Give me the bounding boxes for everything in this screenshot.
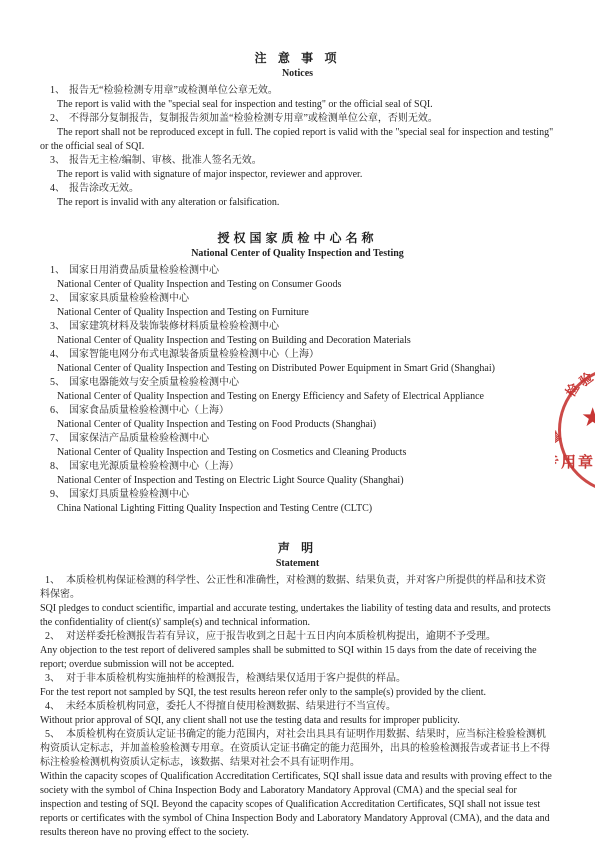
- center-item-zh: 9、国家灯具质量检验检测中心: [40, 488, 555, 502]
- statement-title-zh: 声 明: [40, 540, 555, 556]
- item-number: 4、: [45, 701, 60, 712]
- item-text-zh: 国家食品质量检验检测中心（上海）: [69, 405, 229, 416]
- center-item-zh: 2、国家家具质量检验检测中心: [40, 292, 555, 306]
- item-text-zh: 国家日用消费品质量检验检测中心: [69, 265, 219, 276]
- statement-item-en: Within the capacity scopes of Qualificat…: [40, 770, 555, 840]
- center-item-zh: 3、国家建筑材料及装饰装修材料质量检验检测中心: [40, 320, 555, 334]
- item-number: 2、: [50, 113, 65, 124]
- statement-section: 声 明 Statement 1、本质检机构保证检测的科学性、公正性和准确性，对检…: [40, 540, 555, 840]
- statement-item: 4、未经本质检机构同意，委托人不得擅自使用检测数据、结果进行不当宣传。 With…: [40, 700, 555, 728]
- report-notice-page: 注 意 事 项 Notices 1、报告无“检验检测专用章”或检测单位公章无效。…: [0, 0, 595, 840]
- center-item: 6、国家食品质量检验检测中心（上海） National Center of Qu…: [40, 404, 555, 432]
- item-text-zh: 国家建筑材料及装饰装修材料质量检验检测中心: [69, 321, 279, 332]
- notice-item-en: The report shall not be reproduced excep…: [40, 126, 555, 154]
- item-number: 2、: [50, 293, 65, 304]
- item-text-zh: 国家电光源质量检验检测中心（上海）: [69, 461, 239, 472]
- item-number: 1、: [50, 85, 65, 96]
- item-text-zh: 国家家具质量检验检测中心: [69, 293, 189, 304]
- center-item: 7、国家保洁产品质量检验检测中心 National Center of Qual…: [40, 432, 555, 460]
- item-number: 8、: [50, 461, 65, 472]
- item-text-zh: 国家电器能效与安全质量检验检测中心: [69, 377, 239, 388]
- item-text-zh: 未经本质检机构同意，委托人不得擅自使用检测数据、结果进行不当宣传。: [66, 701, 396, 712]
- centers-title-zh: 授权国家质检中心名称: [40, 230, 555, 246]
- item-number: 4、: [50, 349, 65, 360]
- item-text-zh: 对于非本质检机构实施抽样的检测报告，检测结果仅适用于客户提供的样品。: [66, 673, 406, 684]
- statement-item-zh: 3、对于非本质检机构实施抽样的检测报告，检测结果仅适用于客户提供的样品。: [40, 672, 555, 686]
- notice-item: 3、报告无主检/编制、审核、批准人签名无效。 The report is val…: [40, 154, 555, 182]
- item-text-zh: 本质检机构保证检测的科学性、公正性和准确性，对检测的数据、结果负责，并对客户所提…: [40, 575, 546, 600]
- center-item: 3、国家建筑材料及装饰装修材料质量检验检测中心 National Center …: [40, 320, 555, 348]
- statement-item-en: Any objection to the test report of deli…: [40, 644, 555, 672]
- item-text-zh: 国家保洁产品质量检验检测中心: [69, 433, 209, 444]
- statement-item-en: SQI pledges to conduct scientific, impar…: [40, 602, 555, 630]
- center-item-en: National Center of Quality Inspection an…: [40, 418, 555, 432]
- center-item: 9、国家灯具质量检验检测中心 China National Lighting F…: [40, 488, 555, 516]
- notice-item-zh: 2、不得部分复制报告，复制报告须加盖“检验检测专用章”或检测单位公章，否则无效。: [40, 112, 555, 126]
- item-number: 7、: [50, 433, 65, 444]
- item-number: 6、: [50, 405, 65, 416]
- item-text-zh: 本质检机构在资质认定证书确定的能力范围内，对社会出具具有证明作用数据、结果时，应…: [40, 729, 550, 768]
- center-item-zh: 1、国家日用消费品质量检验检测中心: [40, 264, 555, 278]
- center-item-en: China National Lighting Fitting Quality …: [40, 502, 555, 516]
- center-item: 2、国家家具质量检验检测中心 National Center of Qualit…: [40, 292, 555, 320]
- center-item-en: National Center of Inspection and Testin…: [40, 474, 555, 488]
- notice-item-en: The report is invalid with any alteratio…: [40, 196, 555, 210]
- statement-item-zh: 4、未经本质检机构同意，委托人不得擅自使用检测数据、结果进行不当宣传。: [40, 700, 555, 714]
- item-number: 5、: [45, 729, 60, 740]
- item-number: 1、: [45, 575, 60, 586]
- item-text-zh: 国家灯具质量检验检测中心: [69, 489, 189, 500]
- center-item-en: National Center of Quality Inspection an…: [40, 278, 555, 292]
- notices-title-en: Notices: [40, 66, 555, 81]
- notice-item-zh: 1、报告无“检验检测专用章”或检测单位公章无效。: [40, 84, 555, 98]
- center-item-zh: 4、国家智能电网分布式电源装备质量检验检测中心（上海）: [40, 348, 555, 362]
- item-number: 2、: [45, 631, 60, 642]
- item-number: 1、: [50, 265, 65, 276]
- item-text-zh: 报告无主检/编制、审核、批准人签名无效。: [69, 155, 262, 166]
- center-item-en: National Center of Quality Inspection an…: [40, 390, 555, 404]
- center-item: 8、国家电光源质量检验检测中心（上海） National Center of I…: [40, 460, 555, 488]
- center-item-zh: 5、国家电器能效与安全质量检验检测中心: [40, 376, 555, 390]
- notice-item: 1、报告无“检验检测专用章”或检测单位公章无效。 The report is v…: [40, 84, 555, 112]
- statement-item-en: For the test report not sampled by SQI, …: [40, 686, 555, 700]
- item-text-zh: 对送样委托检测报告若有异议，应于报告收到之日起十五日内向本质检机构提出，逾期不予…: [66, 631, 496, 642]
- statement-title-en: Statement: [40, 556, 555, 571]
- item-number: 3、: [45, 673, 60, 684]
- notices-section: 注 意 事 项 Notices 1、报告无“检验检测专用章”或检测单位公章无效。…: [40, 50, 555, 210]
- notice-item-en: The report is valid with the "special se…: [40, 98, 555, 112]
- center-item: 1、国家日用消费品质量检验检测中心 National Center of Qua…: [40, 264, 555, 292]
- center-item: 4、国家智能电网分布式电源装备质量检验检测中心（上海） National Cen…: [40, 348, 555, 376]
- notice-item: 2、不得部分复制报告，复制报告须加盖“检验检测专用章”或检测单位公章，否则无效。…: [40, 112, 555, 154]
- statement-item-en: Without prior approval of SQI, any clien…: [40, 714, 555, 728]
- notices-title-zh: 注 意 事 项: [40, 50, 555, 66]
- center-item-en: National Center of Quality Inspection an…: [40, 446, 555, 460]
- statement-item: 1、本质检机构保证检测的科学性、公正性和准确性，对检测的数据、结果负责，并对客户…: [40, 574, 555, 630]
- statement-item-zh: 5、本质检机构在资质认定证书确定的能力范围内，对社会出具具有证明作用数据、结果时…: [40, 728, 555, 770]
- center-item-en: National Center of Quality Inspection an…: [40, 334, 555, 348]
- item-number: 9、: [50, 489, 65, 500]
- item-number: 3、: [50, 321, 65, 332]
- notice-item-zh: 3、报告无主检/编制、审核、批准人签名无效。: [40, 154, 555, 168]
- center-item-en: National Center of Quality Inspection an…: [40, 362, 555, 376]
- item-text-zh: 报告无“检验检测专用章”或检测单位公章无效。: [69, 85, 278, 96]
- center-item-en: National Center of Quality Inspection an…: [40, 306, 555, 320]
- item-number: 3、: [50, 155, 65, 166]
- statement-item: 5、本质检机构在资质认定证书确定的能力范围内，对社会出具具有证明作用数据、结果时…: [40, 728, 555, 840]
- item-text-zh: 国家智能电网分布式电源装备质量检验检测中心（上海）: [69, 349, 319, 360]
- centers-section: 授权国家质检中心名称 National Center of Quality In…: [40, 230, 555, 516]
- statement-item-zh: 1、本质检机构保证检测的科学性、公正性和准确性，对检测的数据、结果负责，并对客户…: [40, 574, 555, 602]
- item-text-zh: 报告涂改无效。: [69, 183, 139, 194]
- center-item-zh: 6、国家食品质量检验检测中心（上海）: [40, 404, 555, 418]
- center-item: 5、国家电器能效与安全质量检验检测中心 National Center of Q…: [40, 376, 555, 404]
- center-item-zh: 8、国家电光源质量检验检测中心（上海）: [40, 460, 555, 474]
- item-number: 4、: [50, 183, 65, 194]
- statement-item: 2、对送样委托检测报告若有异议，应于报告收到之日起十五日内向本质检机构提出，逾期…: [40, 630, 555, 672]
- center-item-zh: 7、国家保洁产品质量检验检测中心: [40, 432, 555, 446]
- notice-item: 4、报告涂改无效。 The report is invalid with any…: [40, 182, 555, 210]
- statement-item: 3、对于非本质检机构实施抽样的检测报告，检测结果仅适用于客户提供的样品。 For…: [40, 672, 555, 700]
- notice-item-en: The report is valid with signature of ma…: [40, 168, 555, 182]
- statement-item-zh: 2、对送样委托检测报告若有异议，应于报告收到之日起十五日内向本质检机构提出，逾期…: [40, 630, 555, 644]
- item-number: 5、: [50, 377, 65, 388]
- centers-title-en: National Center of Quality Inspection an…: [40, 246, 555, 261]
- notice-item-zh: 4、报告涂改无效。: [40, 182, 555, 196]
- item-text-zh: 不得部分复制报告，复制报告须加盖“检验检测专用章”或检测单位公章，否则无效。: [69, 113, 438, 124]
